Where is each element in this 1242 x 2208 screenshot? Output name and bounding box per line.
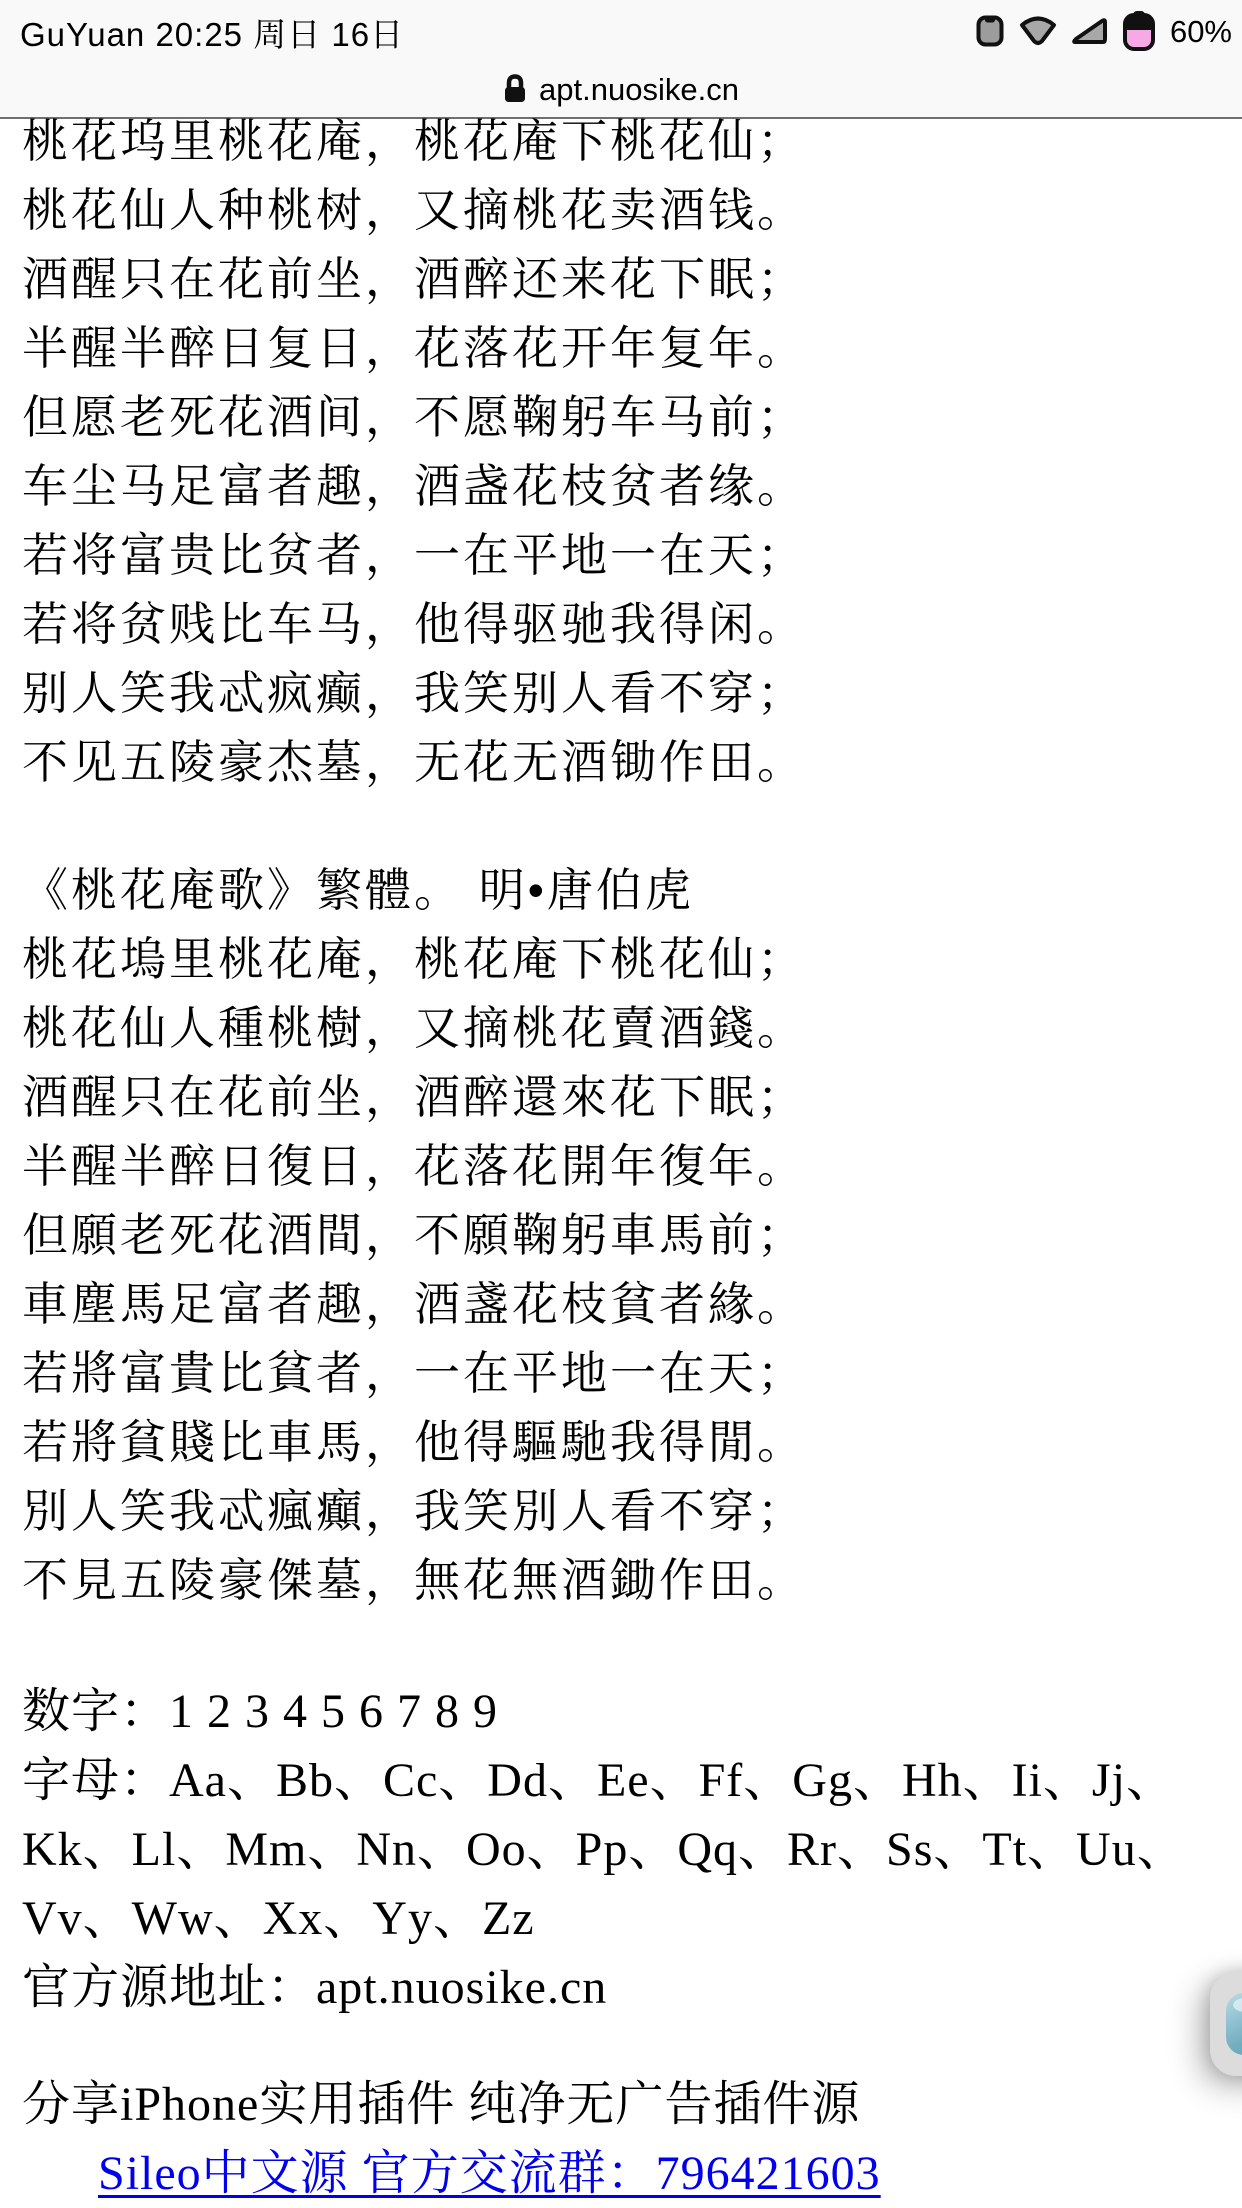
poem-line: 桃花仙人种桃树，又摘桃花卖酒钱。: [22, 176, 1220, 245]
poem-line: 若將貧賤比車馬，他得驅馳我得閒。: [22, 1408, 1220, 1477]
poem-line: 車塵馬足富者趣，酒盞花枝貧者緣。: [22, 1270, 1220, 1339]
poem-line: 桃花坞里桃花庵，桃花庵下桃花仙；: [22, 107, 1220, 176]
poem-line: 酒醒只在花前坐，酒醉还来花下眠；: [22, 245, 1220, 314]
share-line: 分享iPhone实用插件 纯净无广告插件源: [22, 2070, 1220, 2139]
poem-line: 半醒半醉日復日，花落花開年復年。: [22, 1132, 1220, 1201]
poem-line: 半醒半醉日复日，花落花开年复年。: [22, 314, 1220, 383]
status-bar: GuYuan 20:25 周日 16日: [0, 0, 1242, 62]
poem-line: 但願老死花酒間，不願鞠躬車馬前；: [22, 1201, 1220, 1270]
poem-simplified: 桃花坞里桃花庵，桃花庵下桃花仙； 桃花仙人种桃树，又摘桃花卖酒钱。 酒醒只在花前…: [22, 107, 1220, 797]
poem-line: 別人笑我忒瘋癲，我笑別人看不穿；: [22, 1477, 1220, 1546]
poem-line: 桃花仙人種桃樹，又摘桃花賣酒錢。: [22, 994, 1220, 1063]
letters-line: Kk、Ll、Mm、Nn、Oo、Pp、Qq、Rr、Ss、Tt、Uu、: [22, 1815, 1220, 1884]
poem-line: 不见五陵豪杰墓，无花无酒锄作田。: [22, 728, 1220, 797]
cellular-signal-icon: [1072, 16, 1108, 46]
poem-line: 但愿老死花酒间，不愿鞠躬车马前；: [22, 383, 1220, 452]
poem-traditional-header: 《桃花庵歌》繁體。 明•唐伯虎: [22, 856, 1220, 925]
poem-line: 不見五陵豪傑墓，無花無酒鋤作田。: [22, 1546, 1220, 1615]
letters-line: Vv、Ww、Xx、Yy、Zz: [22, 1884, 1220, 1953]
page-content: 桃花坞里桃花庵，桃花庵下桃花仙； 桃花仙人种桃树，又摘桃花卖酒钱。 酒醒只在花前…: [0, 107, 1242, 2208]
status-icons: 60%: [976, 11, 1232, 51]
font-samples-block: 数字：1 2 3 4 5 6 7 8 9 字母：Aa、Bb、Cc、Dd、Ee、F…: [22, 1677, 1220, 2022]
mobile-browser-page: GuYuan 20:25 周日 16日: [0, 0, 1242, 2208]
poem-line: 若将贫贱比车马，他得驱驰我得闲。: [22, 590, 1220, 659]
poem-traditional: 《桃花庵歌》繁體。 明•唐伯虎 桃花塢里桃花庵，桃花庵下桃花仙； 桃花仙人種桃樹…: [22, 856, 1220, 1615]
lock-icon: [503, 76, 527, 104]
letters-line: 字母：Aa、Bb、Cc、Dd、Ee、Ff、Gg、Hh、Ii、Jj、: [22, 1746, 1220, 1815]
link-line: Sileo中文源 官方交流群：796421603: [22, 2139, 1220, 2208]
url-text: apt.nuosike.cn: [539, 72, 739, 108]
battery-icon: [1123, 11, 1155, 51]
poem-line: 酒醒只在花前坐，酒醉還來花下眠；: [22, 1063, 1220, 1132]
poem-line: 若将富贵比贫者，一在平地一在天；: [22, 521, 1220, 590]
battery-percent: 60%: [1170, 12, 1232, 50]
poem-line: 桃花塢里桃花庵，桃花庵下桃花仙；: [22, 925, 1220, 994]
poem-line: 车尘马足富者趣，酒盏花枝贫者缘。: [22, 452, 1220, 521]
phone-notch-icon: [976, 15, 1004, 47]
water-drop-icon: [1226, 1993, 1242, 2055]
source-address-line: 官方源地址：apt.nuosike.cn: [22, 1953, 1220, 2022]
poem-line: 别人笑我忒疯癫，我笑别人看不穿；: [22, 659, 1220, 728]
sileo-group-link[interactable]: Sileo中文源 官方交流群：796421603: [98, 2147, 881, 2200]
share-block: 分享iPhone实用插件 纯净无广告插件源 Sileo中文源 官方交流群：796…: [22, 2070, 1220, 2208]
numbers-line: 数字：1 2 3 4 5 6 7 8 9: [22, 1677, 1220, 1746]
status-time-date: GuYuan 20:25 周日 16日: [20, 7, 404, 56]
wifi-icon: [1019, 16, 1057, 46]
poem-line: 若將富貴比貧者，一在平地一在天；: [22, 1339, 1220, 1408]
floating-widget-button[interactable]: [1210, 1972, 1242, 2076]
